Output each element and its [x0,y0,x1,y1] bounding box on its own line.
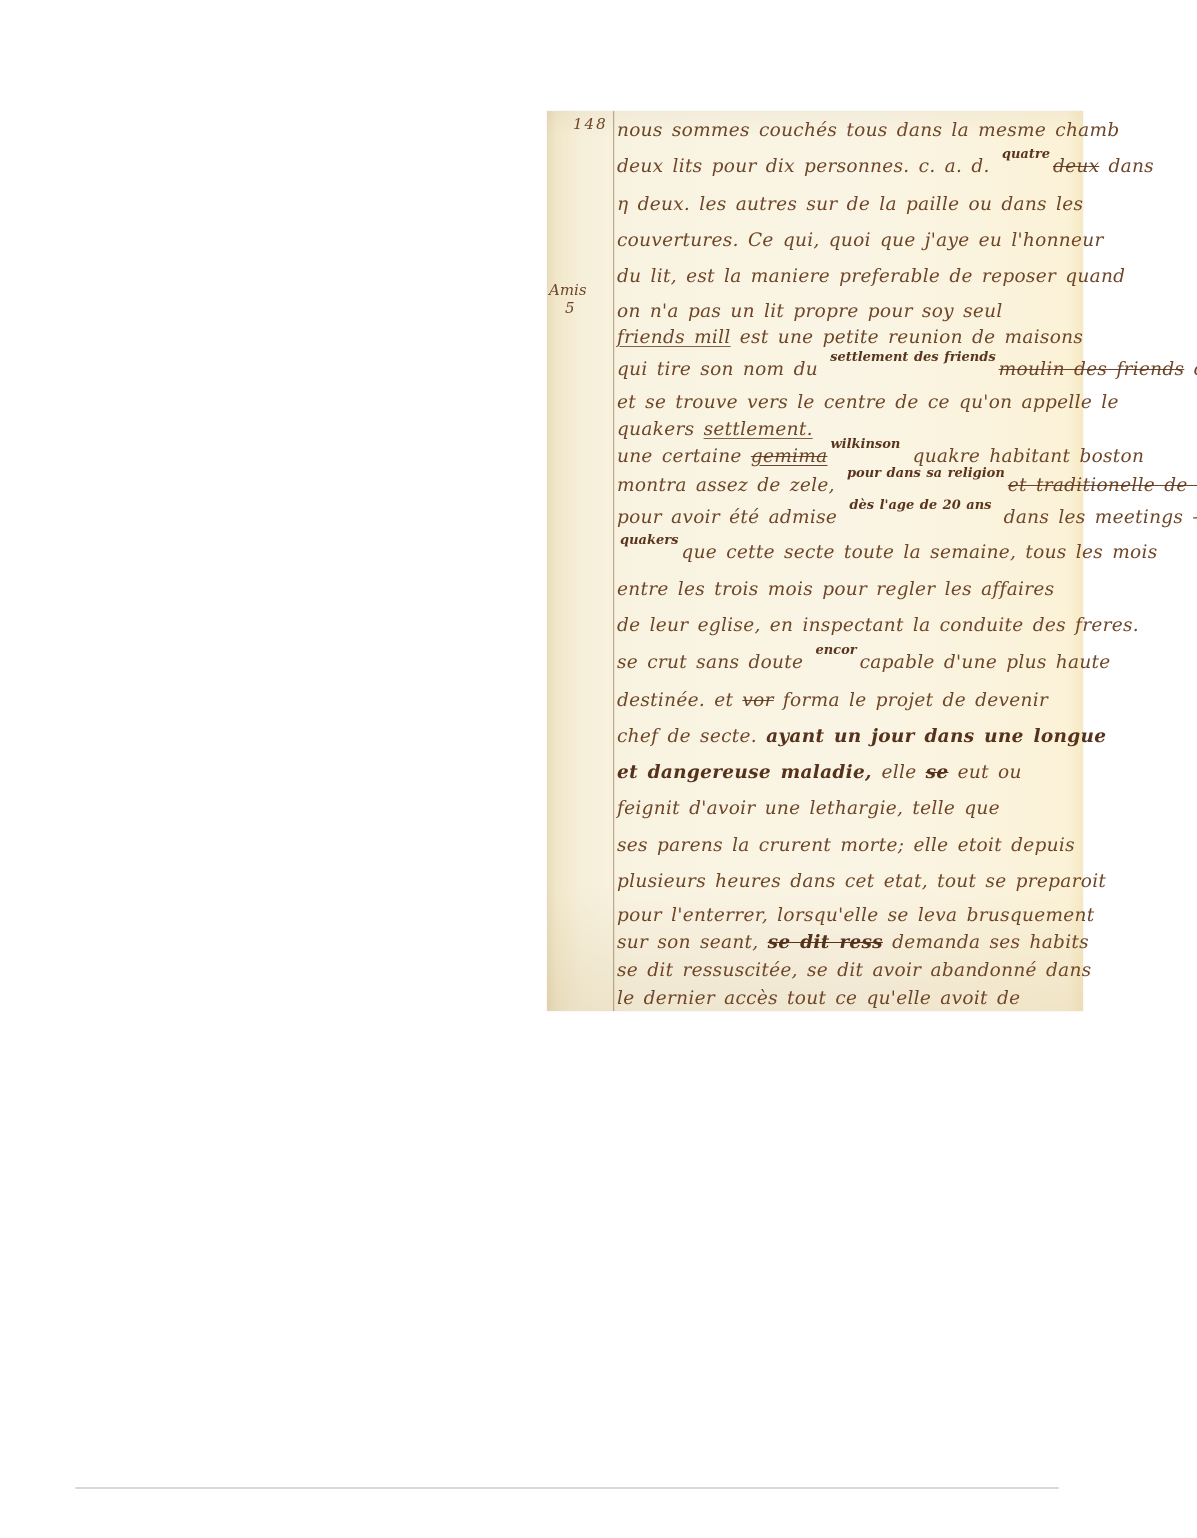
handwriting-segment: quakers [620,528,678,554]
handwriting-segment: quakers [617,419,704,440]
handwriting-segment: η deux. les autres sur de la paille ou d… [617,194,1083,215]
handwriting-segment: gemima [751,446,828,467]
handwriting-segment: elle [882,762,926,783]
manuscript-line: plusieurs heures dans cet etat, tout se … [617,869,1106,895]
handwriting-segment: on n'a pas un lit propre pour soy seul [617,301,1003,322]
handwriting-segment: pour dans sa religion [847,461,1005,487]
manuscript-line: et se trouve vers le centre de ce qu'on … [617,390,1119,416]
handwriting-segment: friends mill [617,327,731,348]
margin-note-word: Amis [549,281,587,299]
manuscript-page: 148 Amis 5 nous sommes couchés tous dans… [547,111,1083,1011]
manuscript-line: du lit, est la maniere preferable de rep… [617,264,1125,290]
handwriting-segment: wilkinson [830,432,900,458]
handwriting-segment: nous sommes couchés tous dans la mesme c… [617,120,1120,141]
handwriting-segment: encor [815,638,856,664]
handwriting-segment: une certaine [617,446,751,467]
handwriting-segment: du lit, est la maniere preferable de rep… [617,266,1125,287]
margin-rule [613,111,614,1011]
handwriting-segment: dès l'age de 20 ans [849,493,991,519]
margin-note-number: 5 [549,299,607,317]
handwriting-segment: quatre [1002,142,1050,168]
manuscript-line: nous sommes couchés tous dans la mesme c… [617,118,1120,144]
handwriting-segment: plusieurs heures dans cet etat, tout se … [617,871,1106,892]
handwriting-segment: montra assez de zele, [617,475,844,496]
handwriting-segment: qui tire son nom du [617,359,827,380]
handwriting-segment: ayant un jour dans une longue [766,726,1106,747]
handwriting-segment: eut ou [948,762,1021,783]
manuscript-line: on n'a pas un lit propre pour soy seul [617,299,1003,325]
manuscript-line: ses parens la crurent morte; elle etoit … [617,833,1075,859]
page-background: 148 Amis 5 nous sommes couchés tous dans… [0,0,1197,1538]
handwriting-segment: vor [742,690,773,711]
bottom-divider [75,1487,1059,1489]
handwriting-segment: ses parens la crurent morte; elle etoit … [617,835,1075,856]
manuscript-line: qui tire son nom du settlement des frien… [617,357,1197,385]
manuscript-line: pour l'enterrer, lorsqu'elle se leva bru… [617,903,1095,929]
manuscript-line: quakers settlement. [617,417,813,443]
handwriting-segment: moulin des friends [999,359,1185,380]
handwriting-segment: se crut sans doute [617,652,812,673]
handwriting-segment: se [926,762,949,783]
handwriting-segment: ou quakers [1184,359,1197,380]
handwriting-segment: dans les meetings — [995,507,1197,528]
manuscript-line: chef de secte. ayant un jour dans une lo… [617,724,1106,750]
handwriting-segment: pour l'enterrer, lorsqu'elle se leva bru… [617,905,1095,926]
manuscript-line: feignit d'avoir une lethargie, telle que [617,796,1000,822]
manuscript-line: se dit ressuscitée, se dit avoir abandon… [617,958,1091,984]
manuscript-text: nous sommes couchés tous dans la mesme c… [617,111,1079,1011]
handwriting-segment: demanda ses habits [883,932,1089,953]
manuscript-line: sur son seant, se dit ress demanda ses h… [617,930,1089,956]
handwriting-segment: et traditionelle de dans [1008,475,1197,496]
handwriting-segment: destinée. et [617,690,742,711]
manuscript-line: le dernier accès tout ce qu'elle avoit d… [617,986,1020,1012]
manuscript-line: de leur eglise, en inspectant la conduit… [617,613,1139,639]
handwriting-segment: deux [1053,156,1099,177]
handwriting-segment: deux lits pour dix personnes. c. a. d. [617,156,999,177]
handwriting-segment: forma le projet de devenir [774,690,1048,711]
handwriting-segment: se dit ressuscitée, se dit avoir abandon… [617,960,1091,981]
handwriting-segment: capable d'une plus haute [860,652,1111,673]
handwriting-segment: sur son seant, [617,932,768,953]
handwriting-segment: settlement. [704,419,813,440]
handwriting-segment: et dangereuse maladie, [617,762,882,783]
folio-number: 148 [573,115,608,133]
handwriting-segment: le dernier accès tout ce qu'elle avoit d… [617,988,1020,1009]
handwriting-segment: feignit d'avoir une lethargie, telle que [617,798,1000,819]
handwriting-segment: entre les trois mois pour regler les aff… [617,579,1054,600]
manuscript-line: couvertures. Ce qui, quoi que j'aye eu l… [617,228,1104,254]
handwriting-segment: chef de secte. [617,726,766,747]
handwriting-segment: de leur eglise, en inspectant la conduit… [617,615,1139,636]
handwriting-segment: couvertures. Ce qui, quoi que j'aye eu l… [617,230,1104,251]
handwriting-segment: et se trouve vers le centre de ce qu'on … [617,392,1119,413]
manuscript-line: quakersque cette secte toute la semaine,… [617,540,1158,568]
handwriting-segment: pour avoir été admise [617,507,846,528]
handwriting-segment: se dit ress [768,932,883,953]
manuscript-line: deux lits pour dix personnes. c. a. d. q… [617,154,1154,182]
manuscript-line: pour avoir été admise dès l'age de 20 an… [617,505,1197,533]
manuscript-line: et dangereuse maladie, elle se eut ou [617,760,1022,786]
margin-note: Amis 5 [549,281,607,317]
manuscript-line: entre les trois mois pour regler les aff… [617,577,1054,603]
handwriting-segment: dans [1099,156,1154,177]
handwriting-segment: settlement des friends [830,345,996,371]
handwriting-segment: que cette secte toute la semaine, tous l… [681,542,1157,563]
manuscript-line: se crut sans doute encorcapable d'une pl… [617,650,1111,678]
manuscript-line: η deux. les autres sur de la paille ou d… [617,192,1083,218]
manuscript-line: destinée. et vor forma le projet de deve… [617,688,1048,714]
